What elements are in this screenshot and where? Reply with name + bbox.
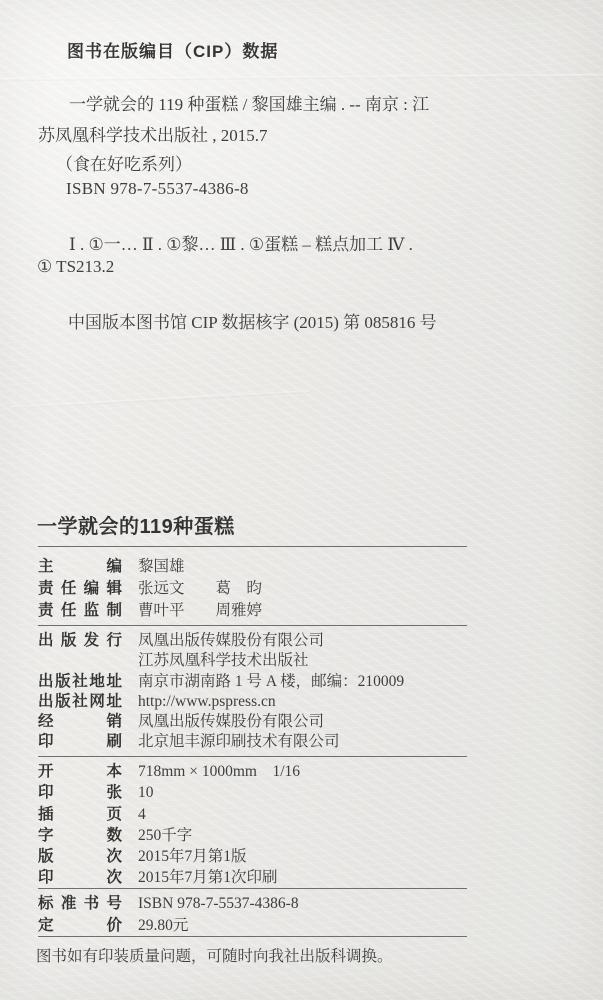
- row-label: 开本: [38, 761, 122, 782]
- cip-classification-line1: Ⅰ . ①一… Ⅱ . ①黎… Ⅲ . ①蛋糕 – 糕点加工 Ⅳ .: [69, 230, 413, 255]
- table-row: 出版社地址 南京市湖南路 1 号 A 楼，邮编：210009: [38, 672, 498, 692]
- cip-header: 图书在版编目（CIP）数据: [67, 37, 278, 62]
- table-row: 印次 2015年7月第1次印刷: [38, 867, 498, 888]
- row-value: 250千字: [138, 825, 192, 846]
- paper-crease: [10, 390, 310, 409]
- row-label: 插页: [38, 804, 122, 825]
- book-title: 一学就会的119种蛋糕: [37, 510, 235, 539]
- table-row: 版次 2015年7月第1版: [38, 846, 498, 867]
- paper-crease: [0, 74, 603, 81]
- quality-exchange-note: 图书如有印装质量问题，可随时向我社出版科调换。: [36, 944, 393, 966]
- table-row: 印刷 北京旭丰源印刷技术有限公司: [38, 732, 498, 752]
- divider: [38, 625, 467, 626]
- row-label: 印张: [38, 782, 122, 803]
- cip-description-line1: 一学就会的 119 种蛋糕 / 黎国雄主编 . -- 南京 : 江: [69, 95, 429, 114]
- table-row: 责任监制 曹叶平 周雅婷: [38, 600, 498, 622]
- row-value: 2015年7月第1次印刷: [138, 867, 278, 888]
- standard-book-number: ISBN 978-7-5537-4386-8: [138, 893, 299, 915]
- row-label: 经销: [38, 712, 122, 732]
- publisher-url: http://www.pspress.cn: [138, 692, 276, 712]
- publisher-line2: 江苏凤凰科学技术出版社: [138, 652, 309, 669]
- divider: [38, 546, 467, 547]
- cip-isbn: ISBN 978-7-5537-4386-8: [66, 179, 249, 199]
- isbn-price-table: 标准书号 ISBN 978-7-5537-4386-8 定价 29.80元: [38, 893, 498, 936]
- table-row: 字数 250千字: [38, 825, 498, 846]
- table-row: 印张 10: [38, 782, 498, 803]
- divider: [38, 756, 467, 757]
- divider: [38, 888, 467, 889]
- row-label: 字数: [38, 825, 122, 846]
- price-value: 29.80元: [138, 915, 188, 937]
- row-label: 版次: [38, 846, 122, 867]
- row-label: 定价: [38, 915, 122, 937]
- row-value: 718mm × 1000mm 1/16: [138, 761, 300, 782]
- table-row: 经销 凤凰出版传媒股份有限公司: [38, 712, 498, 732]
- cip-classification-line2: ① TS213.2: [37, 257, 114, 277]
- cip-description: 一学就会的 119 种蛋糕 / 黎国雄主编 . -- 南京 : 江 苏凤凰科学技…: [38, 89, 538, 151]
- staff-table: 主编 黎国雄 责任编辑 张远文 葛 昀 责任监制 曹叶平 周雅婷: [38, 556, 498, 622]
- table-row: 出版发行 凤凰出版传媒股份有限公司 江苏凤凰科学技术出版社: [38, 631, 498, 672]
- publisher-line1: 凤凰出版传媒股份有限公司: [138, 632, 324, 649]
- table-row: 责任编辑 张远文 葛 昀: [38, 578, 498, 600]
- row-value: 凤凰出版传媒股份有限公司: [138, 712, 324, 732]
- row-label: 印刷: [38, 732, 122, 752]
- table-row: 定价 29.80元: [38, 915, 498, 937]
- row-label: 标准书号: [38, 893, 122, 915]
- row-label: 印次: [38, 867, 122, 888]
- row-label: 出版社地址: [38, 672, 122, 692]
- cip-description-line2: 苏凤凰科学技术出版社 , 2015.7: [38, 126, 268, 145]
- print-spec-table: 开本 718mm × 1000mm 1/16 印张 10 插页 4 字数 250…: [38, 761, 498, 889]
- row-value: 10: [138, 782, 154, 803]
- table-row: 开本 718mm × 1000mm 1/16: [38, 761, 498, 782]
- row-value: 曹叶平 周雅婷: [138, 600, 262, 622]
- cip-record-number: 中国版本图书馆 CIP 数据核字 (2015) 第 085816 号: [68, 308, 437, 333]
- publisher-table: 出版发行 凤凰出版传媒股份有限公司 江苏凤凰科学技术出版社 出版社地址 南京市湖…: [38, 631, 498, 753]
- table-row: 插页 4: [38, 804, 498, 825]
- row-value: 凤凰出版传媒股份有限公司 江苏凤凰科学技术出版社: [138, 631, 324, 672]
- divider: [38, 936, 467, 937]
- row-label: 责任编辑: [38, 578, 122, 600]
- row-value: 2015年7月第1版: [138, 846, 247, 867]
- row-value: 黎国雄: [138, 556, 185, 578]
- row-value: 北京旭丰源印刷技术有限公司: [138, 732, 340, 752]
- row-value: 4: [138, 804, 146, 825]
- row-value: 南京市湖南路 1 号 A 楼，邮编：210009: [138, 672, 404, 692]
- row-label: 主编: [38, 556, 122, 578]
- cip-series: （食在好吃系列）: [56, 150, 192, 175]
- row-label: 责任监制: [38, 600, 122, 622]
- row-label: 出版发行: [38, 631, 122, 651]
- copyright-page: 图书在版编目（CIP）数据 一学就会的 119 种蛋糕 / 黎国雄主编 . --…: [0, 0, 603, 1000]
- table-row: 标准书号 ISBN 978-7-5537-4386-8: [38, 893, 498, 915]
- row-value: 张远文 葛 昀: [138, 578, 262, 600]
- table-row: 出版社网址 http://www.pspress.cn: [38, 692, 498, 712]
- row-label: 出版社网址: [38, 692, 122, 712]
- table-row: 主编 黎国雄: [38, 556, 498, 578]
